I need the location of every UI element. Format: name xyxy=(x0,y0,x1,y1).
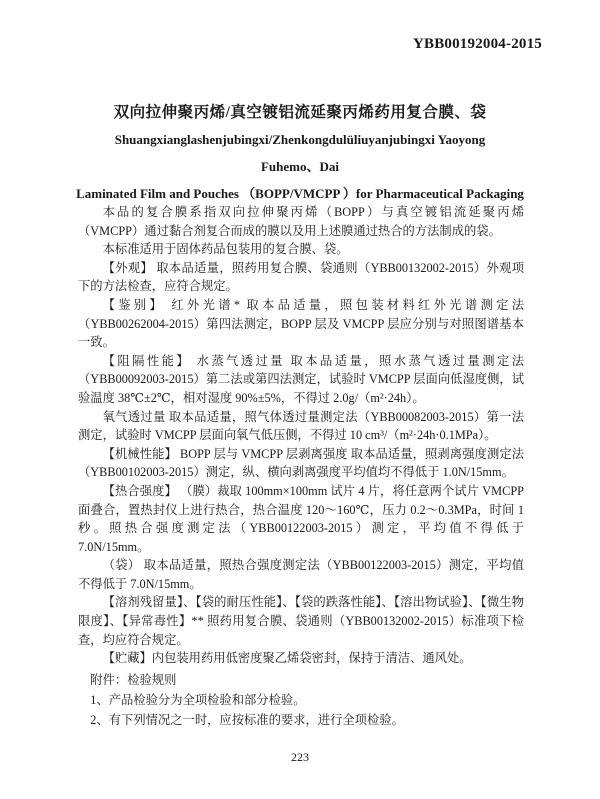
paragraph-barrier-wvt: 【阻隔性能】 水蒸气透过量 取本品适量，照水蒸气透过量测定法（YBB000920… xyxy=(78,352,524,408)
title-pinyin-line2: Fuhemo、Dai xyxy=(0,156,600,175)
appendix-heading: 附件：检验规则 xyxy=(90,671,524,690)
paragraph-storage: 【贮藏】内包装用药用低密度聚乙烯袋密封，保持于清洁、通风处。 xyxy=(78,649,524,668)
doc-number: YBB00192004-2015 xyxy=(413,36,542,53)
paragraph-identification: 【鉴别】 红外光谱* 取本品适量，照包装材料红外光谱测定法（YBB0026200… xyxy=(78,296,524,352)
body-text: 本品的复合膜系指双向拉伸聚丙烯（BOPP）与真空镀铝流延聚丙烯（VMCPP）通过… xyxy=(78,203,524,668)
page-number: 223 xyxy=(0,750,600,765)
appendix-item-1: 1、产品检验分为全项检验和部分检验。 xyxy=(90,691,524,710)
title-block: 双向拉伸聚丙烯/真空镀铝流延聚丙烯药用复合膜、袋 Shuangxianglash… xyxy=(0,100,600,202)
paragraph-heatseal-film: 【热合强度】 （膜）裁取 100mm×100mm 试片 4 片，将任意两个试片 … xyxy=(78,482,524,556)
paragraph-heatseal-pouch: （袋） 取本品适量，照热合强度测定法（YBB00122003-2015）测定，平… xyxy=(78,556,524,593)
appendix-section: 附件：检验规则 1、产品检验分为全项检验和部分检验。 2、有下列情况之一时，应按… xyxy=(78,671,524,731)
paragraph-scope: 本标准适用于固体药品包装用的复合膜、袋。 xyxy=(78,240,524,259)
paragraph-other-tests: 【溶剂残留量】、【袋的耐压性能】、【袋的跌落性能】、【溶出物试验】、【微生物限度… xyxy=(78,593,524,649)
title-pinyin-line1: Shuangxianglashenjubingxi/Zhenkongdulüli… xyxy=(0,132,600,148)
paragraph-intro: 本品的复合膜系指双向拉伸聚丙烯（BOPP）与真空镀铝流延聚丙烯（VMCPP）通过… xyxy=(78,203,524,240)
appendix-item-2: 2、有下列情况之一时，应按标准的要求，进行全项检验。 xyxy=(90,711,524,730)
paragraph-oxygen: 氧气透过量 取本品适量，照气体透过量测定法（YBB00082003-2015）第… xyxy=(78,408,524,445)
document-page: YBB00192004-2015 双向拉伸聚丙烯/真空镀铝流延聚丙烯药用复合膜、… xyxy=(0,0,600,799)
title-english: Laminated Film and Pouches （BOPP/VMCPP ）… xyxy=(0,183,600,202)
paragraph-appearance: 【外观】 取本品适量，照药用复合膜、袋通则（YBB00132002-2015）外… xyxy=(78,259,524,296)
title-chinese: 双向拉伸聚丙烯/真空镀铝流延聚丙烯药用复合膜、袋 xyxy=(0,100,600,122)
paragraph-mechanical: 【机械性能】 BOPP 层与 VMCPP 层剥离强度 取本品适量，照剥离强度测定… xyxy=(78,445,524,482)
